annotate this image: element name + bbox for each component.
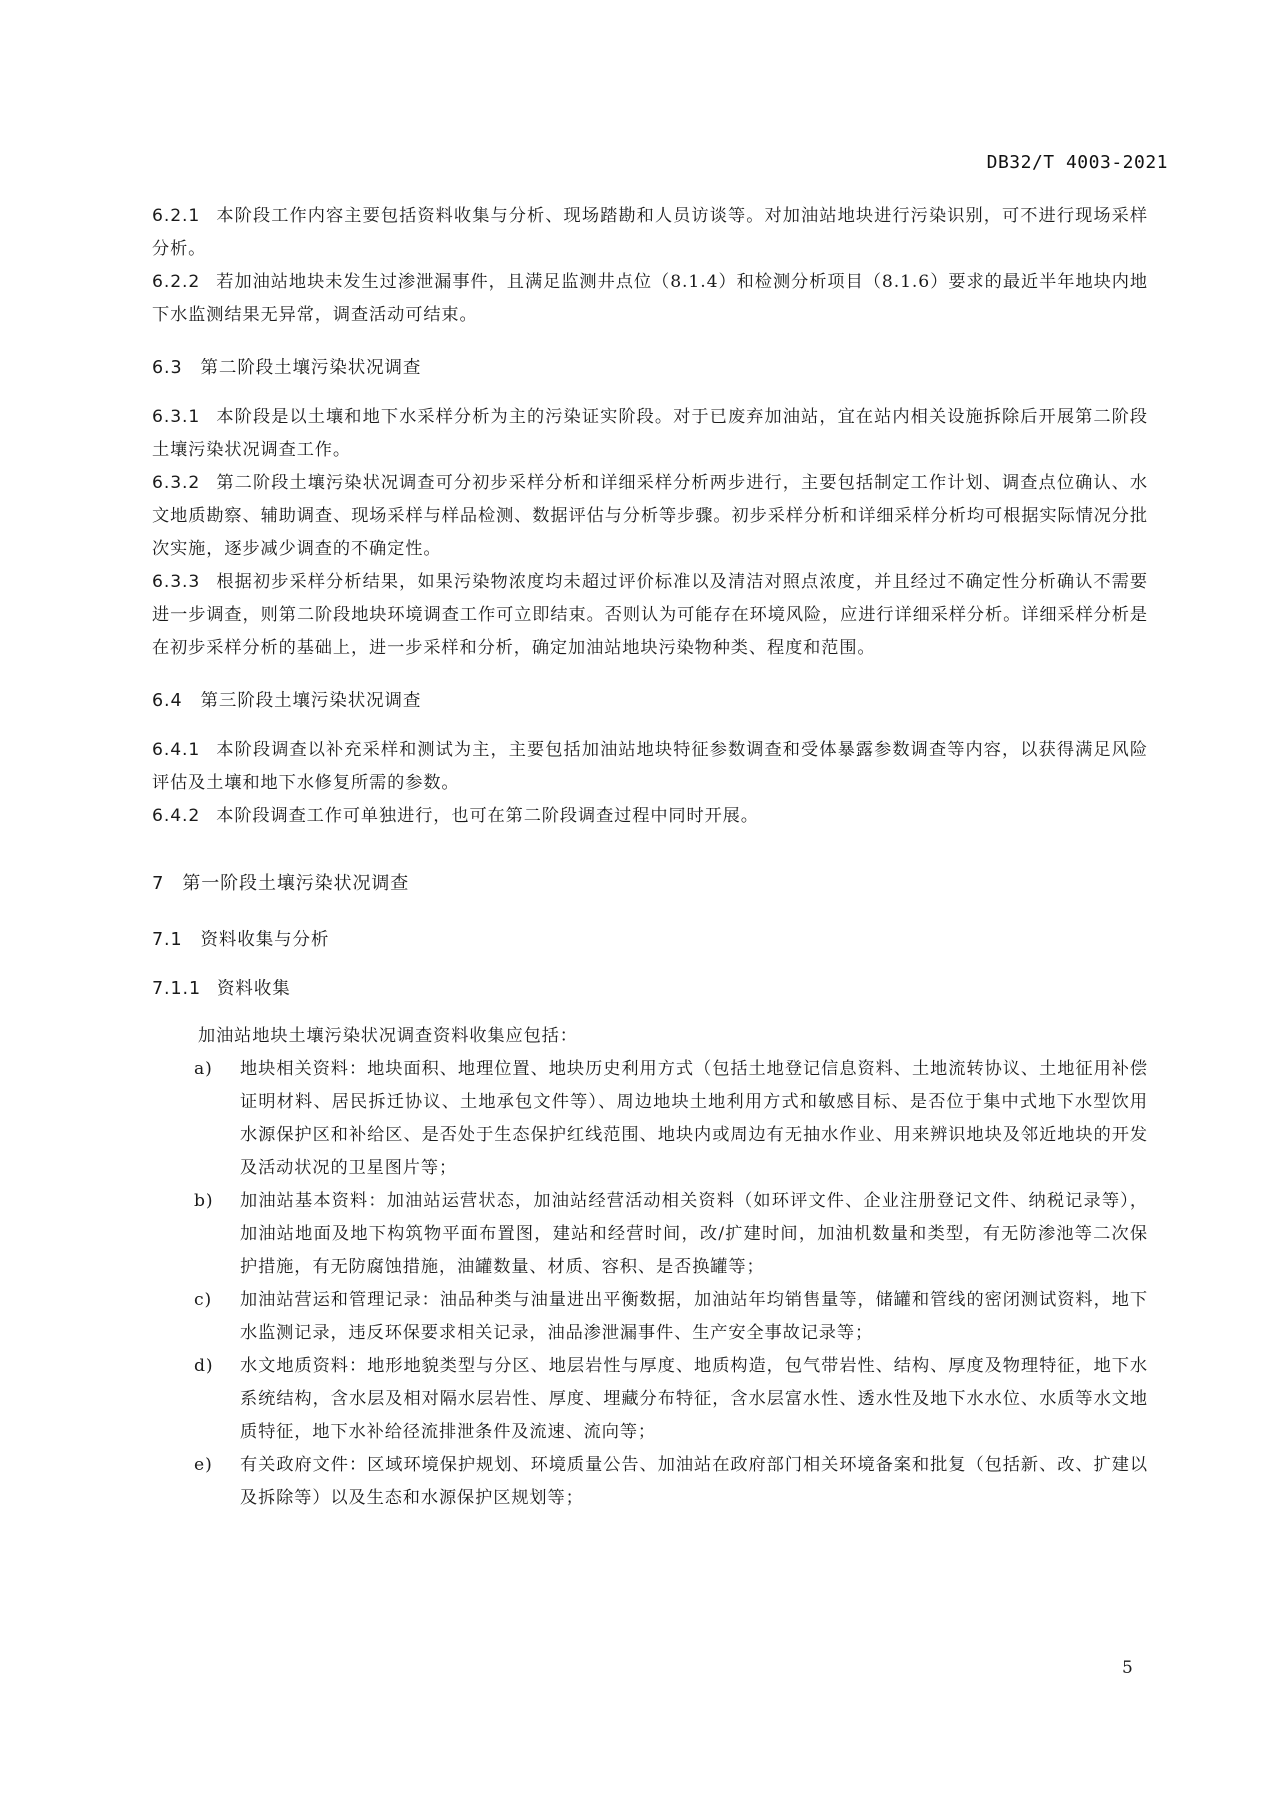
list-item: b) 加油站基本资料：加油站运营状态，加油站经营活动相关资料（如环评文件、企业注… [152, 1185, 1148, 1284]
list-text: 水文地质资料：地形地貌类型与分区、地层岩性与厚度、地质构造，包气带岩性、结构、厚… [240, 1350, 1148, 1449]
list-item: e) 有关政府文件：区域环境保护规划、环境质量公告、加油站在政府部门相关环境备案… [152, 1449, 1148, 1515]
heading-7-1-1: 7.1.1资料收集 [152, 973, 1148, 1006]
clause-6-3-3: 6.3.3根据初步采样分析结果，如果污染物浓度均未超过评价标准以及清洁对照点浓度… [152, 566, 1148, 665]
clause-text: 第二阶段土壤污染状况调查可分初步采样分析和详细采样分析两步进行，主要包括制定工作… [152, 473, 1148, 559]
clause-6-2-1: 6.2.1本阶段工作内容主要包括资料收集与分析、现场踏勘和人员访谈等。对加油站地… [152, 200, 1148, 266]
list-text: 加油站营运和管理记录：油品种类与油量进出平衡数据，加油站年均销售量等，储罐和管线… [240, 1284, 1148, 1350]
heading-title: 第三阶段土壤污染状况调查 [201, 691, 422, 711]
clause-number: 6.3.2 [152, 473, 200, 493]
heading-number: 7.1.1 [152, 979, 201, 999]
list-text: 有关政府文件：区域环境保护规划、环境质量公告、加油站在政府部门相关环境备案和批复… [240, 1449, 1148, 1515]
heading-7: 7第一阶段土壤污染状况调查 [152, 867, 1148, 900]
list-item: a) 地块相关资料：地块面积、地理位置、地块历史利用方式（包括土地登记信息资料、… [152, 1053, 1148, 1185]
heading-6-3: 6.3第二阶段土壤污染状况调查 [152, 352, 1148, 385]
clause-6-4-1: 6.4.1本阶段调查以补充采样和测试为主，主要包括加油站地块特征参数调查和受体暴… [152, 734, 1148, 800]
heading-7-1: 7.1资料收集与分析 [152, 924, 1148, 957]
clause-6-2-2: 6.2.2若加油站地块未发生过渗泄漏事件，且满足监测井点位（8.1.4）和检测分… [152, 266, 1148, 332]
document-code: DB32/T 4003-2021 [987, 152, 1168, 173]
clause-text: 本阶段调查以补充采样和测试为主，主要包括加油站地块特征参数调查和受体暴露参数调查… [152, 740, 1148, 793]
clause-6-3-1: 6.3.1本阶段是以土壤和地下水采样分析为主的污染证实阶段。对于已废弃加油站，宜… [152, 401, 1148, 467]
clause-text: 本阶段工作内容主要包括资料收集与分析、现场踏勘和人员访谈等。对加油站地块进行污染… [152, 206, 1148, 259]
list-marker: a) [152, 1053, 240, 1086]
clause-number: 6.3.1 [152, 407, 200, 427]
list-text: 加油站基本资料：加油站运营状态，加油站经营活动相关资料（如环评文件、企业注册登记… [240, 1185, 1148, 1284]
heading-number: 6.4 [152, 691, 183, 711]
list-item: d) 水文地质资料：地形地貌类型与分区、地层岩性与厚度、地质构造，包气带岩性、结… [152, 1350, 1148, 1449]
list-marker: e) [152, 1449, 240, 1482]
clause-6-4-2: 6.4.2本阶段调查工作可单独进行，也可在第二阶段调查过程中同时开展。 [152, 800, 1148, 833]
document-body: 6.2.1本阶段工作内容主要包括资料收集与分析、现场踏勘和人员访谈等。对加油站地… [152, 200, 1148, 1515]
heading-title: 资料收集与分析 [201, 930, 330, 950]
heading-title: 第一阶段土壤污染状况调查 [182, 873, 409, 894]
clause-number: 6.3.3 [152, 572, 200, 592]
heading-title: 第二阶段土壤污染状况调查 [201, 358, 422, 378]
heading-number: 6.3 [152, 358, 183, 378]
clause-number: 6.4.1 [152, 740, 200, 760]
heading-6-4: 6.4第三阶段土壤污染状况调查 [152, 685, 1148, 718]
heading-title: 资料收集 [217, 979, 291, 999]
heading-number: 7 [152, 873, 164, 894]
data-collection-list: a) 地块相关资料：地块面积、地理位置、地块历史利用方式（包括土地登记信息资料、… [152, 1053, 1148, 1515]
list-item: c) 加油站营运和管理记录：油品种类与油量进出平衡数据，加油站年均销售量等，储罐… [152, 1284, 1148, 1350]
clause-6-3-2: 6.3.2第二阶段土壤污染状况调查可分初步采样分析和详细采样分析两步进行，主要包… [152, 467, 1148, 566]
list-marker: c) [152, 1284, 240, 1317]
list-intro: 加油站地块土壤污染状况调查资料收集应包括： [152, 1020, 1148, 1053]
clause-text: 本阶段调查工作可单独进行，也可在第二阶段调查过程中同时开展。 [216, 806, 759, 826]
clause-text: 若加油站地块未发生过渗泄漏事件，且满足监测井点位（8.1.4）和检测分析项目（8… [152, 272, 1148, 325]
list-text: 地块相关资料：地块面积、地理位置、地块历史利用方式（包括土地登记信息资料、土地流… [240, 1053, 1148, 1185]
list-marker: d) [152, 1350, 240, 1383]
heading-number: 7.1 [152, 930, 183, 950]
document-page: DB32/T 4003-2021 6.2.1本阶段工作内容主要包括资料收集与分析… [0, 0, 1280, 1810]
clause-number: 6.2.2 [152, 272, 200, 292]
clause-number: 6.4.2 [152, 806, 200, 826]
list-marker: b) [152, 1185, 240, 1218]
clause-text: 根据初步采样分析结果，如果污染物浓度均未超过评价标准以及清洁对照点浓度，并且经过… [152, 572, 1148, 658]
page-number: 5 [1122, 1658, 1133, 1678]
clause-number: 6.2.1 [152, 206, 200, 226]
clause-text: 本阶段是以土壤和地下水采样分析为主的污染证实阶段。对于已废弃加油站，宜在站内相关… [152, 407, 1148, 460]
